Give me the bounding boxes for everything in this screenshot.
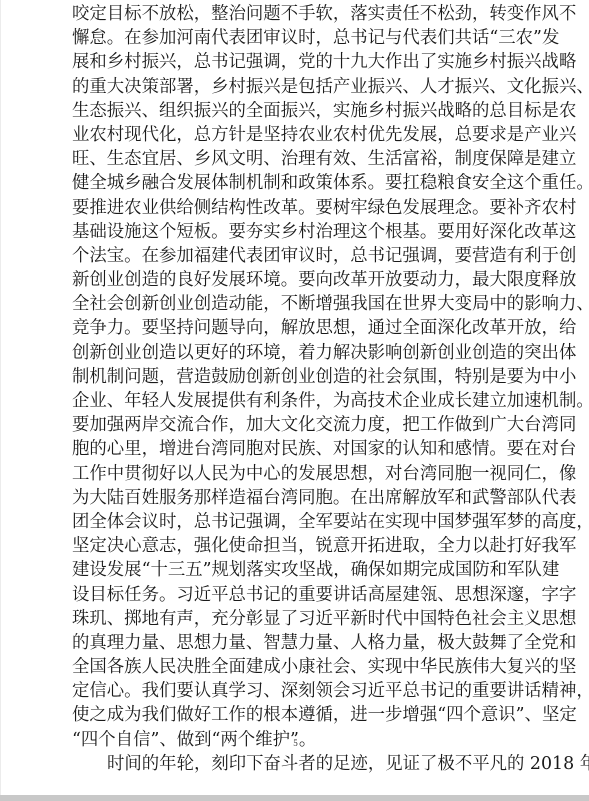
- text-line: 个法宝。在参加福建代表团审议时，总书记强调，要营造有利于创: [72, 244, 536, 268]
- text-line: 的重大决策部署，乡村振兴是包括产业振兴、人才振兴、文化振兴、: [72, 75, 536, 99]
- text-line: 全社会创新创业创造动能，不断增强我国在世界大变局中的影响力、: [72, 292, 536, 316]
- text-line: 懈怠。在参加河南代表团审议时，总书记与代表们共话“三农”发: [72, 26, 536, 50]
- text-line: 要加强两岸交流合作，加大文化交流力度，把工作做到广大台湾同: [72, 413, 536, 437]
- document-page: 咬定目标不放松，整治问题不手软，落实责任不松劲，转变作风不 懈怠。在参加河南代表…: [0, 0, 589, 795]
- text-line: 工作中贯彻好以人民为中心的发展思想，对台湾同胞一视同仁，像: [72, 462, 536, 486]
- text-line: 全国各族人民决胜全面建成小康社会、实现中华民族伟大复兴的坚: [72, 655, 536, 679]
- text-line: 咬定目标不放松，整治问题不手软，落实责任不松劲，转变作风不: [72, 2, 536, 26]
- text-line: 定信心。我们要认真学习、深刻领会习近平总书记的重要讲话精神，: [72, 679, 536, 703]
- text-line: 团全体会议时，总书记强调，全军要站在实现中国梦强军梦的高度，: [72, 510, 536, 534]
- text-line: 胞的心里，增进台湾同胞对民族、对国家的认知和感情。要在对台: [72, 437, 536, 461]
- text-line: 企业、年轻人发展提供有利条件，为高技术企业成长建立加速机制。: [72, 389, 536, 413]
- text-line: 展和乡村振兴，总书记强调，党的十九大作出了实施乡村振兴战略: [72, 50, 536, 74]
- text-line: 要推进农业供给侧结构性改革。要树牢绿色发展理念。要补齐农村: [72, 196, 536, 220]
- text-line: 旺、生态宜居、乡风文明、治理有效、生活富裕，制度保障是建立: [72, 147, 536, 171]
- body-text: 咬定目标不放松，整治问题不手软，落实责任不松劲，转变作风不 懈怠。在参加河南代表…: [72, 2, 536, 776]
- text-line: 基础设施这个短板。要夯实乡村治理这个根基。要用好深化改革这: [72, 220, 536, 244]
- text-line: 竞争力。要坚持问题导向，解放思想，通过全面深化改革开放，给: [72, 316, 536, 340]
- text-line: 生态振兴、组织振兴的全面振兴，实施乡村振兴战略的总目标是农: [72, 99, 536, 123]
- text-line: 创新创业创造以更好的环境，着力解决影响创新创业创造的突出体: [72, 341, 536, 365]
- text-line: 珠玑、掷地有声，充分彰显了习近平新时代中国特色社会主义思想: [72, 607, 536, 631]
- text-line: 健全城乡融合发展体制机制和政策体系。要扛稳粮食安全这个重任。: [72, 171, 536, 195]
- text-line: 设目标任务。习近平总书记的重要讲话高屋建瓴、思想深邃，字字: [72, 583, 536, 607]
- text-line: 坚定决心意志，强化使命担当，锐意开拓进取，全力以赴打好我军: [72, 534, 536, 558]
- text-line: 制机制问题，营造鼓励创新创业创造的社会氛围，特别是要为中小: [72, 365, 536, 389]
- text-line: 为大陆百姓服务那样造福台湾同胞。在出席解放军和武警部队代表: [72, 486, 536, 510]
- text-line: 的真理力量、思想力量、智慧力量、人格力量，极大鼓舞了全党和: [72, 631, 536, 655]
- viewer-background-strip: [0, 795, 589, 801]
- text-line: 新创业创造的良好发展环境。要向改革开放要动力，最大限度释放: [72, 268, 536, 292]
- text-line: 建设发展“十三五”规划落实攻坚战，确保如期完成国防和军队建: [72, 558, 536, 582]
- paragraph-start-line: 时间的年轮，刻印下奋斗者的足迹，见证了极不平凡的 2018 年。: [72, 752, 536, 776]
- text-line: 业农村现代化，总方针是坚持农业农村优先发展，总要求是产业兴: [72, 123, 536, 147]
- page-number: 5: [1, 738, 589, 748]
- text-line: 使之成为我们做好工作的根本遵循，进一步增强“四个意识”、坚定: [72, 703, 536, 727]
